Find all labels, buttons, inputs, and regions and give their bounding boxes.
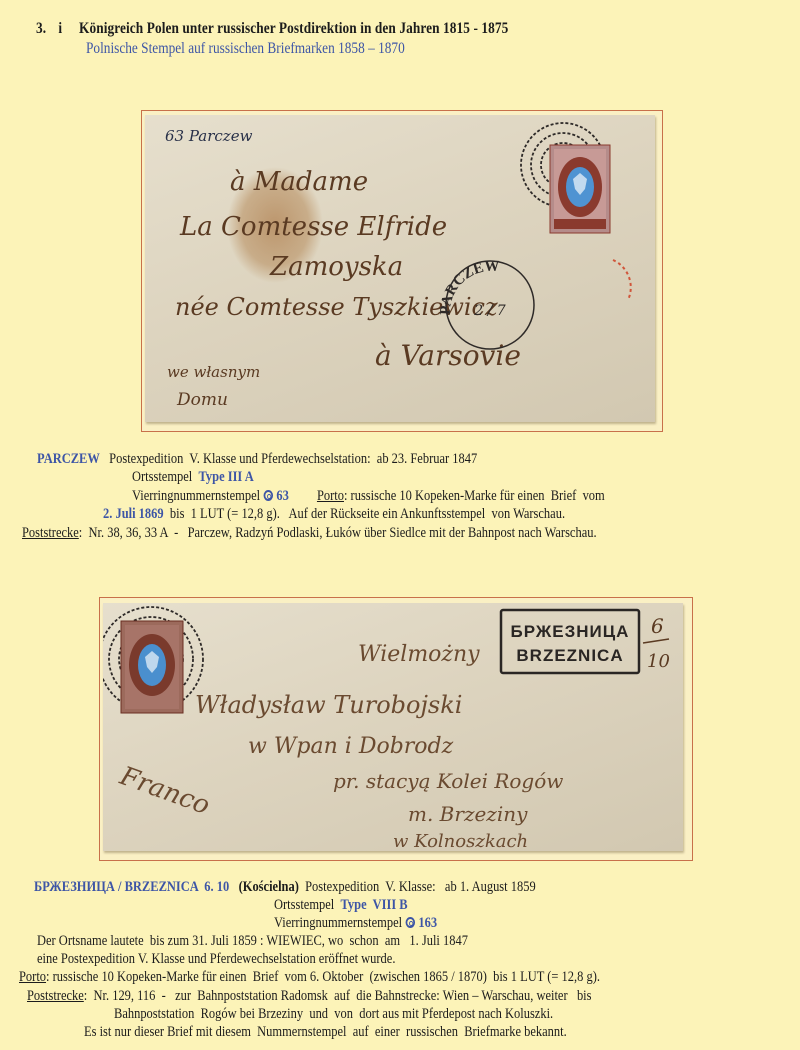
ortsstempel-type: Type VIII B	[341, 897, 408, 913]
cover-2-route-2: Bahnpoststation Rogów bei Brzeziny und v…	[114, 1006, 553, 1022]
page-title: 3.iKönigreich Polen unter russischer Pos…	[36, 20, 508, 38]
cover-2-history-1: Der Ortsname lautete bis zum 31. Juli 18…	[37, 933, 468, 949]
svg-text:Domu: Domu	[176, 390, 228, 410]
cover-1-envelope: 63 Parczew à Madame La Comtesse Elfride …	[145, 115, 655, 422]
place-name: PARCZEW	[37, 451, 100, 467]
cover-2-vierring: Vierringnummernstempel163	[274, 915, 437, 931]
svg-text:Władysław Turobojski: Władysław Turobojski	[195, 691, 462, 719]
svg-text:w Wpan i Dobrodz: w Wpan i Dobrodz	[248, 734, 454, 759]
svg-text:à Varsovie: à Varsovie	[375, 339, 521, 372]
cover-2-artwork: БРЖЕЗНИЦА BRZEZNICA 6 10 Wielmożny Włady…	[103, 603, 683, 851]
svg-text:10: 10	[647, 651, 670, 672]
svg-text:2 / 7: 2 / 7	[473, 303, 506, 319]
boxed-town-cancel: БРЖЕЗНИЦА BRZEZNICA	[501, 610, 639, 673]
svg-text:Franco: Franco	[115, 761, 214, 821]
stamp-10-kopeks	[550, 145, 610, 233]
ring-cancel-symbol-icon	[406, 917, 415, 928]
svg-text:6: 6	[651, 614, 664, 638]
cover-date: 2. Juli 1869	[103, 506, 164, 522]
svg-text:m. Brzeziny: m. Brzeziny	[408, 802, 528, 826]
cover-2-desc-line-1: БРЖЕЗНИЦА / BRZEZNICA 6. 10 (Kościelna) …	[34, 879, 536, 895]
cover-1-date-line: 2. Juli 1869 bis 1 LUT (= 12,8 g). Auf d…	[103, 506, 565, 522]
svg-text:Wielmożny: Wielmożny	[358, 642, 480, 667]
cover-2-ortsstempel: Ortsstempel Type VIII B	[274, 897, 408, 913]
parczew-circular-datestamp: PARCZEW 2 / 7	[438, 259, 534, 349]
cover-2-porto: Porto: russische 10 Kopeken-Marke für ei…	[19, 969, 600, 985]
cover-2-envelope: БРЖЕЗНИЦА BRZEZNICA 6 10 Wielmożny Włady…	[103, 603, 683, 851]
date-fraction-mark: 6 10	[643, 614, 670, 672]
svg-text:we własnym: we własnym	[167, 363, 260, 381]
pencil-annotation: 63 Parczew	[165, 127, 253, 145]
place-name: БРЖЕЗНИЦА / BRZEZNICA 6. 10	[34, 879, 229, 895]
title-text: Königreich Polen unter russischer Postdi…	[79, 20, 508, 37]
svg-text:La Comtesse Elfride: La Comtesse Elfride	[179, 212, 447, 242]
page-subtitle: Polnische Stempel auf russischen Briefma…	[86, 40, 405, 58]
red-cancel-fragment	[613, 260, 631, 300]
address-handwriting: à Madame La Comtesse Elfride Zamoyska né…	[167, 167, 521, 410]
cover-1-poststrecke: Poststrecke: Nr. 38, 36, 33 A - Parczew,…	[22, 525, 597, 541]
ortsstempel-type: Type III A	[199, 469, 254, 485]
cover-2-poststrecke: Poststrecke: Nr. 129, 116 - zur Bahnpost…	[27, 988, 592, 1004]
svg-text:Zamoyska: Zamoyska	[269, 252, 403, 282]
cover-2-note: Es ist nur dieser Brief mit diesem Numme…	[84, 1024, 567, 1040]
parish-name: (Kościelna)	[239, 879, 299, 895]
svg-text:w Kolnoszkach: w Kolnoszkach	[393, 831, 528, 851]
cover-1-artwork: 63 Parczew à Madame La Comtesse Elfride …	[145, 115, 655, 422]
ring-cancel-symbol-icon	[264, 490, 273, 501]
cover-1-desc-line-1: PARCZEW Postexpedition V. Klasse und Pfe…	[37, 451, 477, 467]
section-number: 3.	[36, 20, 58, 38]
svg-text:à Madame: à Madame	[230, 167, 368, 197]
svg-text:BRZEZNICA: BRZEZNICA	[516, 646, 623, 665]
stamp-10-kopeks	[121, 621, 183, 713]
svg-text:pr. stacyą Kolei Rogów: pr. stacyą Kolei Rogów	[333, 769, 563, 793]
cover-1-vierring: Vierringnummernstempel63 Porto: russisch…	[132, 488, 605, 504]
cover-2-history-2: eine Postexpedition V. Klasse und Pferde…	[37, 951, 395, 967]
cover-1-ortsstempel: Ortsstempel Type III A	[132, 469, 254, 485]
subsection-letter: i	[58, 20, 79, 38]
svg-text:БРЖЕЗНИЦА: БРЖЕЗНИЦА	[511, 622, 630, 641]
